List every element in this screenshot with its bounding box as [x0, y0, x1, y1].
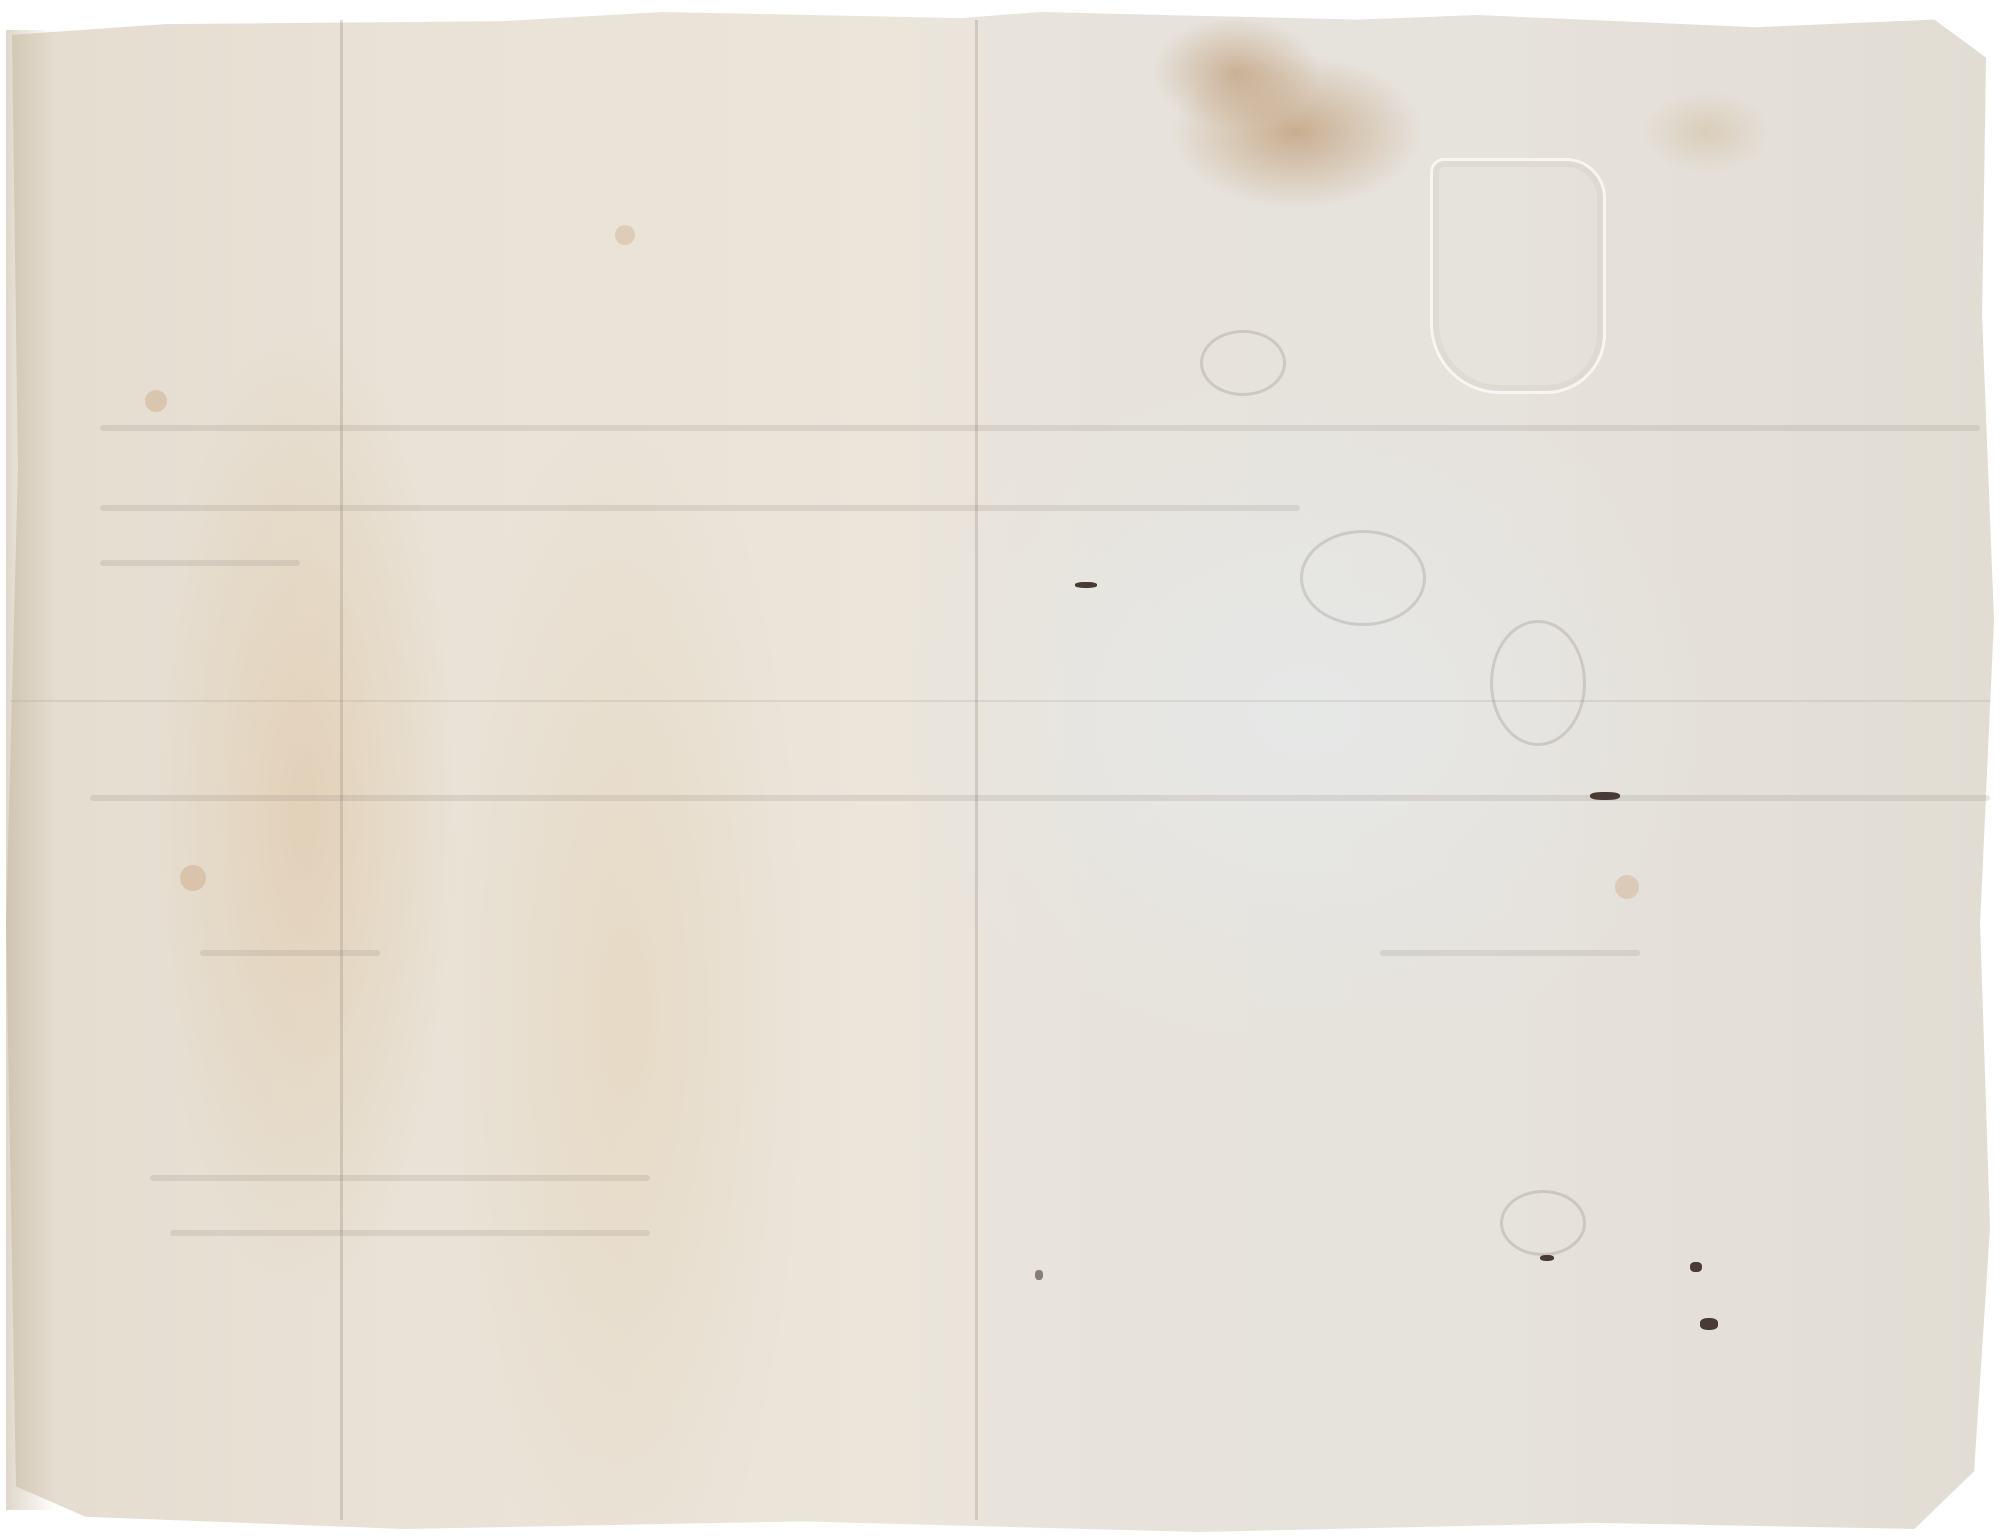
- foxing-spot: [615, 225, 635, 245]
- fold-line-center: [975, 20, 978, 1520]
- foxing-spot: [145, 390, 167, 412]
- ink-spot: [1700, 1318, 1718, 1330]
- ink-spot: [1690, 1262, 1702, 1272]
- aged-paper-sheet: [6, 12, 1994, 1532]
- ink-spot: [1590, 792, 1620, 800]
- show-through-text-line: [1380, 950, 1640, 956]
- ink-spot: [1075, 582, 1097, 588]
- show-through-text-line: [90, 795, 1990, 801]
- fold-line-horizontal: [10, 700, 1990, 702]
- show-through-text-line: [100, 560, 300, 566]
- show-through-text-line: [200, 950, 380, 956]
- ink-spot: [1035, 1270, 1043, 1280]
- show-through-text-line: [100, 425, 1980, 431]
- show-through-text-line: [150, 1175, 650, 1181]
- foxing-spot: [180, 865, 206, 891]
- show-through-text-line: [100, 505, 1300, 511]
- foxing-spot: [1615, 875, 1639, 899]
- fold-line-left: [340, 20, 343, 1520]
- handwriting-show-through: [1200, 330, 1286, 396]
- handwriting-show-through: [1490, 620, 1586, 746]
- show-through-text-line: [170, 1230, 650, 1236]
- left-edge-discoloration: [6, 30, 56, 1510]
- handwriting-show-through: [1300, 530, 1426, 626]
- ink-spot: [1540, 1255, 1554, 1261]
- handwriting-show-through: [1500, 1190, 1586, 1256]
- embossed-seal: [1430, 158, 1606, 394]
